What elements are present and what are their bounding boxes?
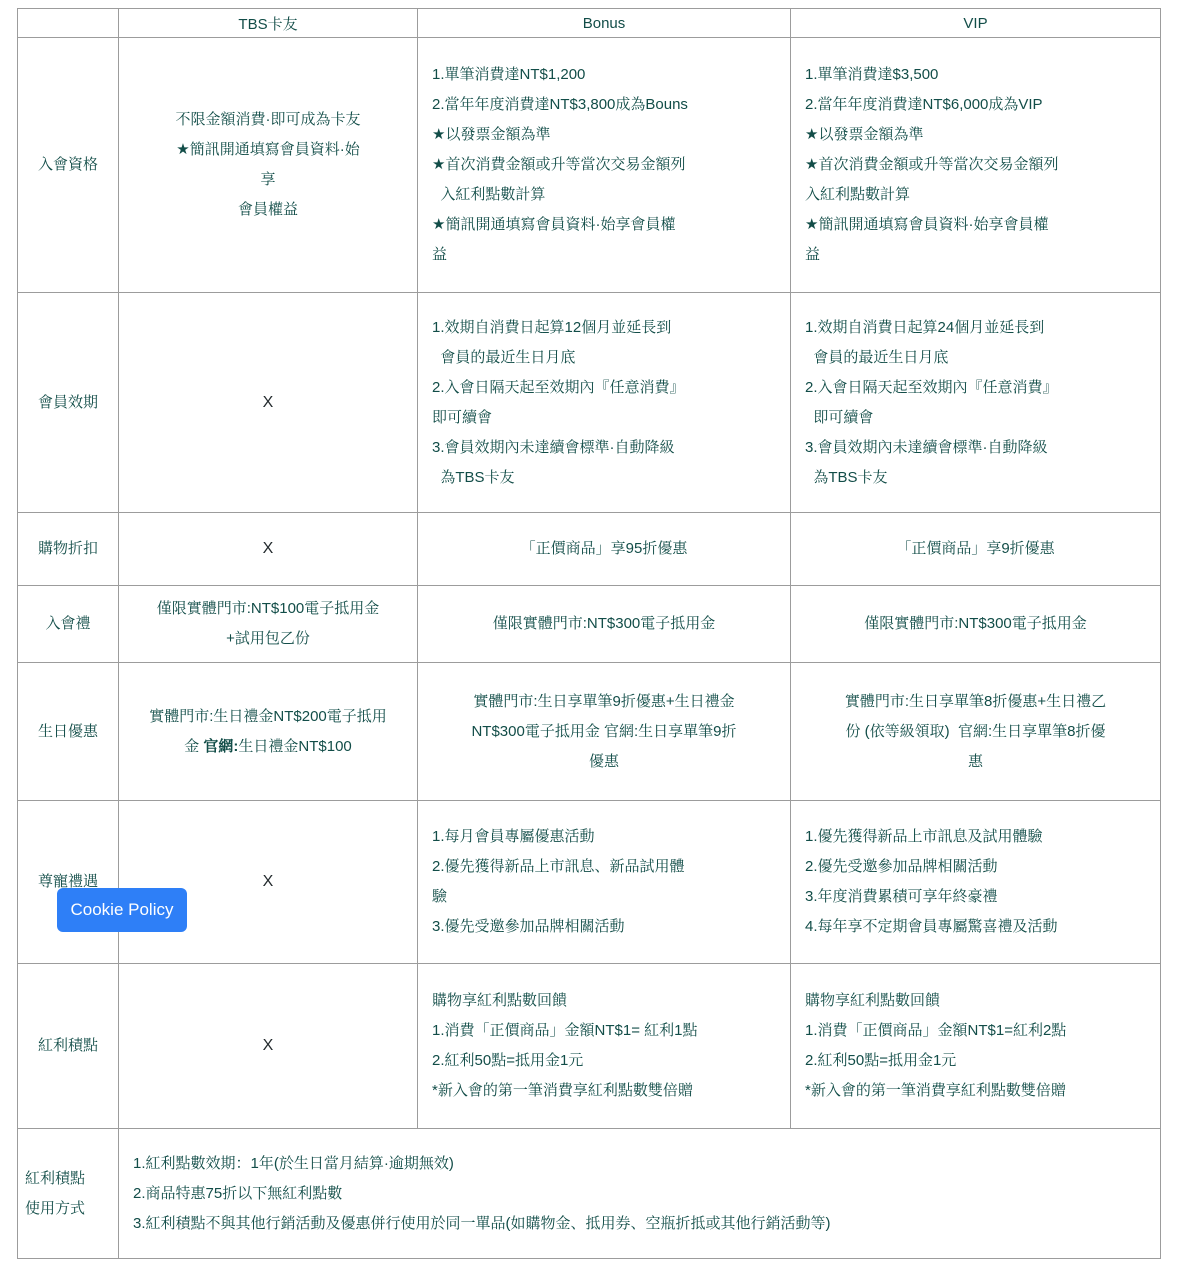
- table-header-row: TBS卡友BonusVIP: [18, 9, 1161, 38]
- welcome-gift-tbs-cell: 僅限實體門市:NT$100電子抵用金+試用包乙份: [119, 586, 418, 663]
- points-usage-row-label: 紅利積點使用方式: [18, 1129, 119, 1259]
- membership-tiers-table: TBS卡友BonusVIP 入會資格不限金額消費·即可成為卡友★簡訊開通填寫會員…: [17, 8, 1161, 1259]
- exclusive-privileges-bonus-cell: 1.每月會員專屬優惠活動2.優先獲得新品上市訊息、新品試用體驗3.優先受邀參加品…: [418, 801, 791, 964]
- column-header-bonus: Bonus: [418, 9, 791, 38]
- column-header-label: [18, 9, 119, 38]
- table-row-birthday-offer: 生日優惠實體門市:生日禮金NT$200電子抵用金 官網:生日禮金NT$100實體…: [18, 663, 1161, 801]
- membership-qualification-tbs-cell: 不限金額消費·即可成為卡友★簡訊開通填寫會員資料·始享會員權益: [119, 38, 418, 293]
- membership-validity-row-label: 會員效期: [18, 293, 119, 513]
- column-header-tbs: TBS卡友: [119, 9, 418, 38]
- bonus-points-row-label: 紅利積點: [18, 964, 119, 1129]
- welcome-gift-bonus-cell: 僅限實體門市:NT$300電子抵用金: [418, 586, 791, 663]
- table-row-points-usage: 紅利積點使用方式1.紅利點數效期：1年(於生日當月結算·逾期無效)2.商品特惠7…: [18, 1129, 1161, 1259]
- cookie-policy-button[interactable]: Cookie Policy: [57, 888, 187, 932]
- membership-qualification-vip-cell: 1.單筆消費達$3,5002.當年年度消費達NT$6,000成為VIP★以發票金…: [791, 38, 1161, 293]
- shopping-discount-tbs-cell: X: [119, 513, 418, 586]
- welcome-gift-vip-cell: 僅限實體門市:NT$300電子抵用金: [791, 586, 1161, 663]
- table-row-shopping-discount: 購物折扣X「正價商品」享95折優惠「正價商品」享9折優惠: [18, 513, 1161, 586]
- shopping-discount-bonus-cell: 「正價商品」享95折優惠: [418, 513, 791, 586]
- membership-validity-tbs-cell: X: [119, 293, 418, 513]
- exclusive-privileges-tbs-cell: X: [119, 801, 418, 964]
- table-row-exclusive-privileges: 尊寵禮遇X1.每月會員專屬優惠活動2.優先獲得新品上市訊息、新品試用體驗3.優先…: [18, 801, 1161, 964]
- welcome-gift-row-label: 入會禮: [18, 586, 119, 663]
- shopping-discount-row-label: 購物折扣: [18, 513, 119, 586]
- exclusive-privileges-vip-cell: 1.優先獲得新品上市訊息及試用體驗2.優先受邀參加品牌相關活動3.年度消費累積可…: [791, 801, 1161, 964]
- exclusive-privileges-row-label: 尊寵禮遇: [18, 801, 119, 964]
- column-header-vip: VIP: [791, 9, 1161, 38]
- bonus-points-tbs-cell: X: [119, 964, 418, 1129]
- membership-qualification-bonus-cell: 1.單筆消費達NT$1,2002.當年年度消費達NT$3,800成為Bouns★…: [418, 38, 791, 293]
- birthday-offer-tbs-cell: 實體門市:生日禮金NT$200電子抵用金 官網:生日禮金NT$100: [119, 663, 418, 801]
- membership-validity-bonus-cell: 1.效期自消費日起算12個月並延長到 會員的最近生日月底2.入會日隔天起至效期內…: [418, 293, 791, 513]
- table-row-membership-qualification: 入會資格不限金額消費·即可成為卡友★簡訊開通填寫會員資料·始享會員權益1.單筆消…: [18, 38, 1161, 293]
- bonus-points-bonus-cell: 購物享紅利點數回饋1.消費「正價商品」金額NT$1= 紅利1點2.紅利50點=抵…: [418, 964, 791, 1129]
- table-row-membership-validity: 會員效期X1.效期自消費日起算12個月並延長到 會員的最近生日月底2.入會日隔天…: [18, 293, 1161, 513]
- shopping-discount-vip-cell: 「正價商品」享9折優惠: [791, 513, 1161, 586]
- birthday-offer-bonus-cell: 實體門市:生日享單筆9折優惠+生日禮金NT$300電子抵用金 官網:生日享單筆9…: [418, 663, 791, 801]
- birthday-offer-vip-cell: 實體門市:生日享單筆8折優惠+生日禮乙份 (依等級領取) 官網:生日享單筆8折優…: [791, 663, 1161, 801]
- membership-qualification-row-label: 入會資格: [18, 38, 119, 293]
- bonus-points-vip-cell: 購物享紅利點數回饋1.消費「正價商品」金額NT$1=紅利2點2.紅利50點=抵用…: [791, 964, 1161, 1129]
- table-body: 入會資格不限金額消費·即可成為卡友★簡訊開通填寫會員資料·始享會員權益1.單筆消…: [18, 38, 1161, 1259]
- points-usage-tbs-cell: 1.紅利點數效期：1年(於生日當月結算·逾期無效)2.商品特惠75折以下無紅利點…: [119, 1129, 1161, 1259]
- membership-validity-vip-cell: 1.效期自消費日起算24個月並延長到 會員的最近生日月底2.入會日隔天起至效期內…: [791, 293, 1161, 513]
- table-row-bonus-points: 紅利積點X購物享紅利點數回饋1.消費「正價商品」金額NT$1= 紅利1點2.紅利…: [18, 964, 1161, 1129]
- table-row-welcome-gift: 入會禮僅限實體門市:NT$100電子抵用金+試用包乙份僅限實體門市:NT$300…: [18, 586, 1161, 663]
- birthday-offer-row-label: 生日優惠: [18, 663, 119, 801]
